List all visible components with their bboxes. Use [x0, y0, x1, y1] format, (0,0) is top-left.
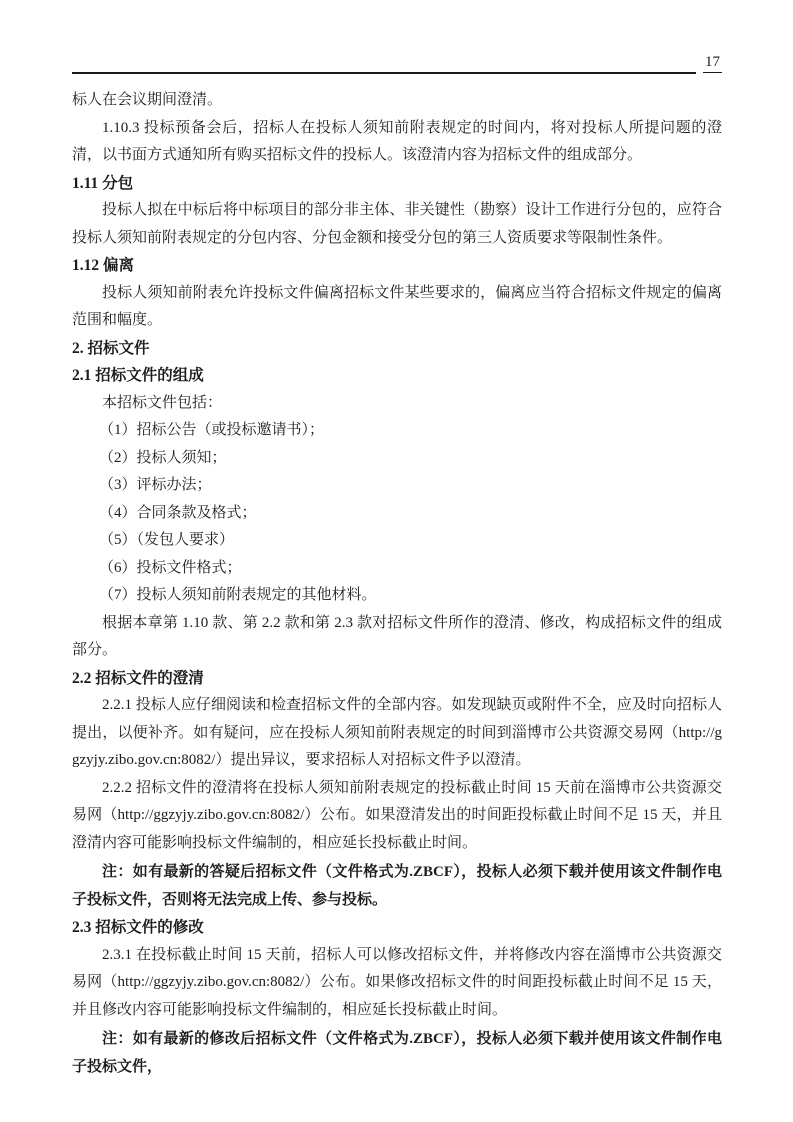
section-heading: 2.3 招标文件的修改 [72, 914, 722, 942]
document-body: 标人在会议期间澄清。1.10.3 投标预备会后，招标人在投标人须知前附表规定的时… [72, 87, 722, 1081]
list-item: （7）投标人须知前附表规定的其他材料。 [72, 582, 722, 610]
list-item: （3）评标办法； [72, 472, 722, 500]
section-heading: 1.11 分包 [72, 170, 722, 198]
section-heading: 2.2 招标文件的澄清 [72, 665, 722, 693]
paragraph: 投标人须知前附表允许投标文件偏离招标文件某些要求的，偏离应当符合招标文件规定的偏… [72, 280, 722, 335]
list-item: （5）（发包人要求） [72, 527, 722, 555]
list-item: （2）投标人须知； [72, 445, 722, 473]
page-number: 17 [703, 54, 722, 73]
note-paragraph: 注：如有最新的修改后招标文件（文件格式为.ZBCF），投标人必须下载并使用该文件… [72, 1026, 722, 1081]
paragraph: 2.2.1 投标人应仔细阅读和检查招标文件的全部内容。如发现缺页或附件不全，应及… [72, 692, 722, 775]
section-heading: 2. 招标文件 [72, 335, 722, 363]
document-page: 17 标人在会议期间澄清。1.10.3 投标预备会后，招标人在投标人须知前附表规… [0, 0, 793, 1122]
header-rule [72, 72, 696, 74]
paragraph: 2.3.1 在投标截止时间 15 天前，招标人可以修改招标文件，并将修改内容在淄… [72, 942, 722, 1025]
paragraph: 1.10.3 投标预备会后，招标人在投标人须知前附表规定的时间内，将对投标人所提… [72, 115, 722, 170]
paragraph: 2.2.2 招标文件的澄清将在投标人须知前附表规定的投标截止时间 15 天前在淄… [72, 775, 722, 858]
paragraph: 本招标文件包括： [72, 390, 722, 418]
section-heading: 2.1 招标文件的组成 [72, 362, 722, 390]
paragraph: 根据本章第 1.10 款、第 2.2 款和第 2.3 款对招标文件所作的澄清、修… [72, 610, 722, 665]
list-item: （4）合同条款及格式； [72, 500, 722, 528]
section-heading: 1.12 偏离 [72, 252, 722, 280]
paragraph: 投标人拟在中标后将中标项目的部分非主体、非关键性（勘察）设计工作进行分包的，应符… [72, 197, 722, 252]
list-item: （1）招标公告（或投标邀请书）； [72, 417, 722, 445]
paragraph: 标人在会议期间澄清。 [72, 87, 722, 115]
note-paragraph: 注：如有最新的答疑后招标文件（文件格式为.ZBCF），投标人必须下载并使用该文件… [72, 859, 722, 914]
list-item: （6）投标文件格式； [72, 555, 722, 583]
